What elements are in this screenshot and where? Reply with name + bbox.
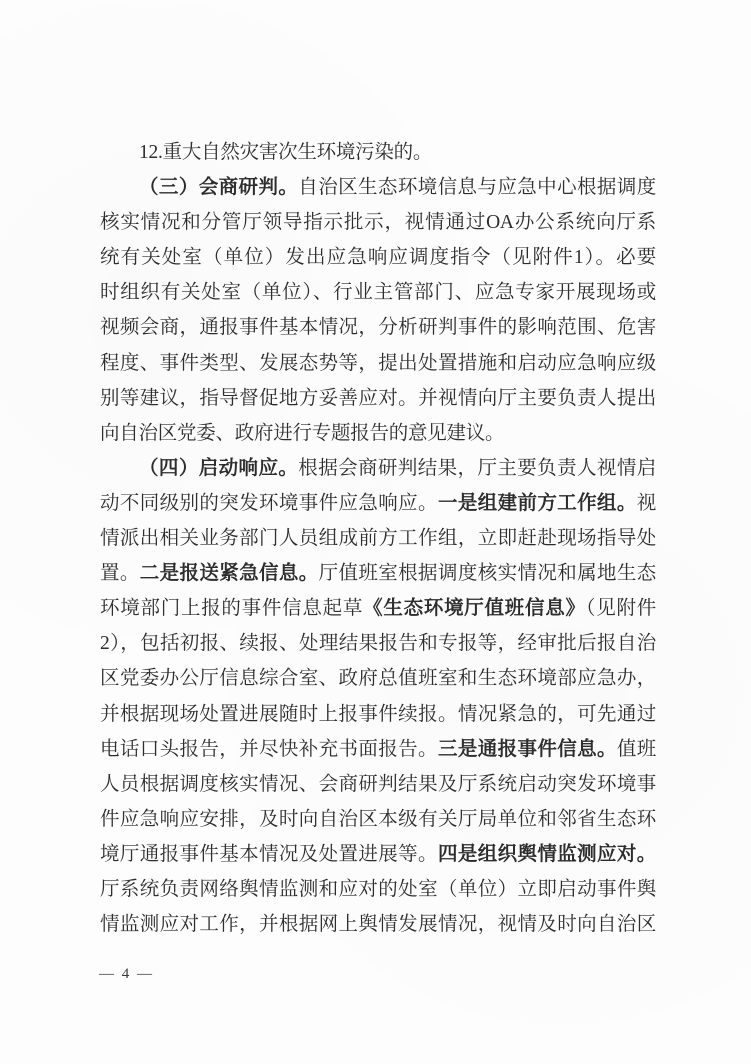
text-line: 电话口头报告，并尽快补充书面报告。三是通报事件信息。值班	[100, 732, 656, 767]
bold-run-in-heading: 二是报送紧急信息。	[140, 563, 319, 584]
text-line: 统有关处室（单位）发出应急响应调度指令（见附件1）。必要	[100, 240, 656, 275]
body-text-segment: 置。	[100, 563, 140, 584]
body-text-segment: （见附件	[586, 598, 656, 619]
bold-run-in-heading: （三）会商研判。	[139, 177, 298, 198]
body-text-segment: 厅系统负责网络舆情监测和应对的处室（单位）立即启动事件舆	[100, 879, 656, 900]
body-text-segment: 自治区生态环境信息与应急中心根据调度	[298, 177, 656, 198]
document-page: 12.重大自然灾害次生环境污染的。（三）会商研判。自治区生态环境信息与应急中心根…	[0, 0, 751, 1064]
body-text-segment: 境厅通报事件基本情况及处置进展等。	[100, 844, 438, 865]
body-text-segment: 根据会商研判结果，厅主要负责人视情启	[298, 458, 656, 479]
body-text-segment: 时组织有关处室（单位）、行业主管部门、应急专家开展现场或	[100, 282, 656, 303]
document-body: 12.重大自然灾害次生环境污染的。（三）会商研判。自治区生态环境信息与应急中心根…	[100, 135, 656, 942]
text-line: 置。二是报送紧急信息。厅值班室根据调度核实情况和属地生态	[100, 556, 656, 591]
text-line: 环境部门上报的事件信息起草《生态环境厅值班信息》（见附件	[100, 591, 656, 626]
text-line: 并根据现场处置进展随时上报事件续报。情况紧急的，可先通过	[100, 697, 656, 732]
text-line: 件应急响应安排，及时向自治区本级有关厅局单位和邻省生态环	[100, 802, 656, 837]
body-text-segment: 环境部门上报的事件信息起草	[100, 598, 363, 619]
text-line: 向自治区党委、政府进行专题报告的意见建议。	[100, 416, 656, 451]
text-line: 视频会商，通报事件基本情况，分析研判事件的影响范围、危害	[100, 310, 656, 345]
page-number: — 4 —	[99, 966, 154, 983]
text-line: 情监测应对工作，并根据网上舆情发展情况，视情及时向自治区	[100, 907, 656, 942]
text-line: （三）会商研判。自治区生态环境信息与应急中心根据调度	[100, 170, 656, 205]
text-line: 区党委办公厅信息综合室、政府总值班室和生态环境部应急办，	[100, 661, 656, 696]
body-text-segment: 电话口头报告，并尽快补充书面报告。	[100, 739, 438, 760]
text-line: 动不同级别的突发环境事件应急响应。一是组建前方工作组。视	[100, 486, 656, 521]
body-text-segment: 别等建议，指导督促地方妥善应对。并视情向厅主要负责人提出	[100, 388, 656, 409]
body-text-segment: 2），包括初报、续报、处理结果报告和专报等，经审批后报自治	[100, 633, 656, 654]
text-line: 别等建议，指导督促地方妥善应对。并视情向厅主要负责人提出	[100, 381, 656, 416]
body-text-segment: 件应急响应安排，及时向自治区本级有关厅局单位和邻省生态环	[100, 809, 656, 830]
text-line: 时组织有关处室（单位）、行业主管部门、应急专家开展现场或	[100, 275, 656, 310]
text-line: 情派出相关业务部门人员组成前方工作组，立即赶赴现场指导处	[100, 521, 656, 556]
body-text-segment: 值班	[617, 739, 656, 760]
text-line: 人员根据调度核实情况、会商研判结果及厅系统启动突发环境事	[100, 767, 656, 802]
body-text-segment: 并根据现场处置进展随时上报事件续报。情况紧急的，可先通过	[100, 704, 656, 725]
body-text-segment: 区党委办公厅信息综合室、政府总值班室和生态环境部应急办，	[100, 668, 656, 689]
bold-run-in-heading: （四）启动响应。	[139, 458, 298, 479]
bold-run-in-heading: 一是组建前方工作组。	[438, 493, 637, 514]
body-text-segment: 视	[637, 493, 656, 514]
body-text-segment: 程度、事件类型、发展态势等，提出处置措施和启动应急响应级	[100, 353, 656, 374]
bold-run-in-heading: 四是组织舆情监测应对。	[438, 844, 656, 865]
body-text-segment: 统有关处室（单位）发出应急响应调度指令（见附件1）。必要	[100, 247, 656, 268]
bold-run-in-heading: 《生态环境厅值班信息》	[363, 598, 586, 619]
body-text-segment: 情派出相关业务部门人员组成前方工作组，立即赶赴现场指导处	[100, 528, 656, 549]
text-line: 核实情况和分管厅领导指示批示，视情通过OA办公系统向厅系	[100, 205, 656, 240]
bold-run-in-heading: 三是通报事件信息。	[438, 739, 617, 760]
body-text-segment: 12.重大自然灾害次生环境污染的。	[139, 142, 432, 163]
text-line: 程度、事件类型、发展态势等，提出处置措施和启动应急响应级	[100, 346, 656, 381]
text-line: 厅系统负责网络舆情监测和应对的处室（单位）立即启动事件舆	[100, 872, 656, 907]
body-text-segment: 情监测应对工作，并根据网上舆情发展情况，视情及时向自治区	[100, 914, 656, 935]
body-text-segment: 人员根据调度核实情况、会商研判结果及厅系统启动突发环境事	[100, 774, 656, 795]
body-text-segment: 向自治区党委、政府进行专题报告的意见建议。	[100, 423, 504, 444]
text-line: （四）启动响应。根据会商研判结果，厅主要负责人视情启	[100, 451, 656, 486]
body-text-segment: 核实情况和分管厅领导指示批示，视情通过OA办公系统向厅系	[100, 212, 656, 233]
body-text-segment: 动不同级别的突发环境事件应急响应。	[100, 493, 438, 514]
text-line: 2），包括初报、续报、处理结果报告和专报等，经审批后报自治	[100, 626, 656, 661]
text-line: 12.重大自然灾害次生环境污染的。	[100, 135, 656, 170]
body-text-segment: 视频会商，通报事件基本情况，分析研判事件的影响范围、危害	[100, 317, 656, 338]
body-text-segment: 厅值班室根据调度核实情况和属地生态	[319, 563, 656, 584]
text-line: 境厅通报事件基本情况及处置进展等。四是组织舆情监测应对。	[100, 837, 656, 872]
